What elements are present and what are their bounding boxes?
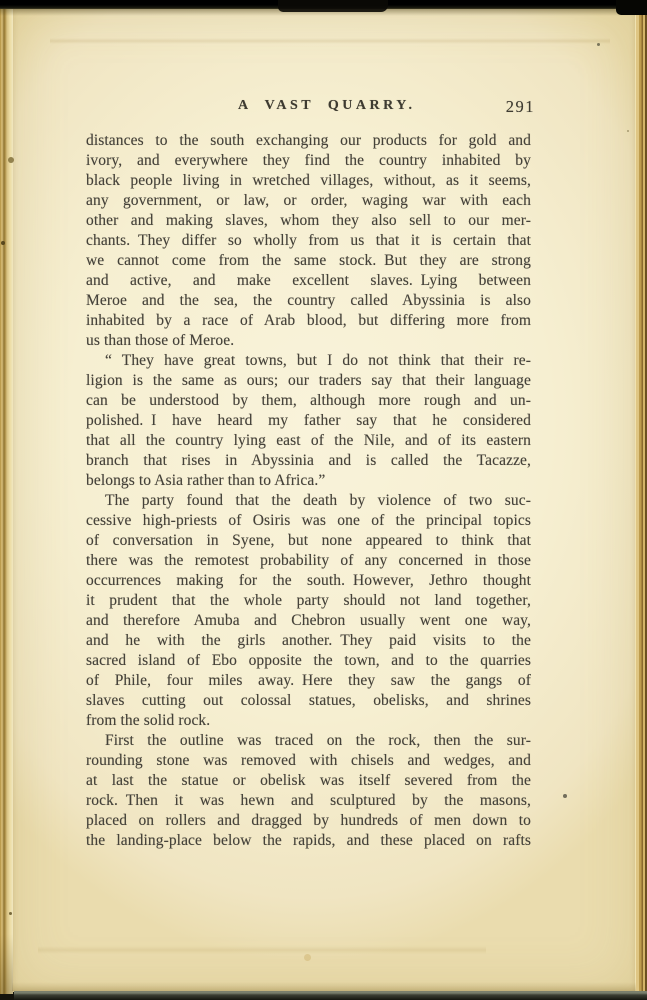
text-line: there was the remotest probability of an… [86, 551, 531, 571]
text-line: occurrences making for the south. Howeve… [86, 571, 531, 591]
paragraph: “ They have great towns, but I do not th… [86, 351, 531, 491]
text-line: us than those of Meroe. [86, 331, 531, 351]
text-line: and he with the girls another. They paid… [86, 631, 531, 651]
page-bottom-shadow [12, 982, 636, 991]
page-number: 291 [506, 97, 535, 117]
paper-speck [627, 130, 629, 132]
text-line: rock. Then it was hewn and sculptured by… [86, 791, 531, 811]
text-line: “ They have great towns, but I do not th… [86, 351, 531, 371]
text-line: ligion is the same as ours; our traders … [86, 371, 531, 391]
text-line: and active, and make excellent slaves. L… [86, 271, 531, 291]
paper-crease [38, 946, 486, 954]
paper-speck [8, 157, 14, 163]
text-block: A VAST QUARRY. 291 distances to the sout… [86, 98, 531, 120]
text-line: that all the country lying east of the N… [86, 431, 531, 451]
text-line: any government, or law, or order, waging… [86, 191, 531, 211]
scan-top-right-corner [616, 0, 647, 15]
text-line: cessive high-priests of Osiris was one o… [86, 511, 531, 531]
text-line: from the solid rock. [86, 711, 531, 731]
text-line: Meroe and the sea, the country called Ab… [86, 291, 531, 311]
paper-speck [304, 954, 311, 961]
scan-bottom-edge [14, 991, 647, 1000]
text-line: we cannot come from the same stock. But … [86, 251, 531, 271]
text-line: distances to the south exchanging our pr… [86, 131, 531, 151]
paper-speck [597, 43, 600, 46]
paper-crease [50, 38, 610, 44]
book-page: A VAST QUARRY. 291 distances to the sout… [13, 8, 635, 992]
text-line: and therefore Amuba and Chebron usually … [86, 611, 531, 631]
paper-speck [563, 794, 567, 798]
text-line: of conversation in Syene, but none appea… [86, 531, 531, 551]
text-line: sacred island of Ebo opposite the town, … [86, 651, 531, 671]
paper-speck [9, 912, 12, 915]
text-line: polished. I have heard my father say tha… [86, 411, 531, 431]
book-binding-edge [0, 6, 13, 994]
text-line: slaves cutting out colossal statues, obe… [86, 691, 531, 711]
text-line: other and making slaves, whom they also … [86, 211, 531, 231]
page-header: A VAST QUARRY. 291 [86, 98, 531, 120]
text-line: inhabited by a race of Arab blood, but d… [86, 311, 531, 331]
text-line: ivory, and everywhere they find the coun… [86, 151, 531, 171]
scan-top-edge-blot [278, 0, 388, 12]
text-line: at last the statue or obelisk was itself… [86, 771, 531, 791]
text-line: can be understood by them, although more… [86, 391, 531, 411]
paragraph: distances to the south exchanging our pr… [86, 131, 531, 351]
text-line: placed on rollers and dragged by hundred… [86, 811, 531, 831]
text-line: chants. They differ so wholly from us th… [86, 231, 531, 251]
text-line: rounding stone was removed with chisels … [86, 751, 531, 771]
text-line: belongs to Asia rather than to Africa.” [86, 471, 531, 491]
paragraph: First the outline was traced on the rock… [86, 731, 531, 851]
text-line: of Phile, four miles away. Here they saw… [86, 671, 531, 691]
text-line: the landing-place below the rapids, and … [86, 831, 531, 851]
text-line: black people living in wretched villages… [86, 171, 531, 191]
text-line: branch that rises in Abyssinia and is ca… [86, 451, 531, 471]
text-line: The party found that the death by violen… [86, 491, 531, 511]
text-line: it prudent that the whole party should n… [86, 591, 531, 611]
paragraph: The party found that the death by violen… [86, 491, 531, 731]
book-scan: A VAST QUARRY. 291 distances to the sout… [0, 0, 647, 1000]
page-edges-stack [635, 6, 647, 994]
paper-speck [1, 241, 5, 245]
page-body: distances to the south exchanging our pr… [86, 131, 531, 851]
running-title: A VAST QUARRY. [238, 98, 416, 114]
text-line: First the outline was traced on the rock… [86, 731, 531, 751]
